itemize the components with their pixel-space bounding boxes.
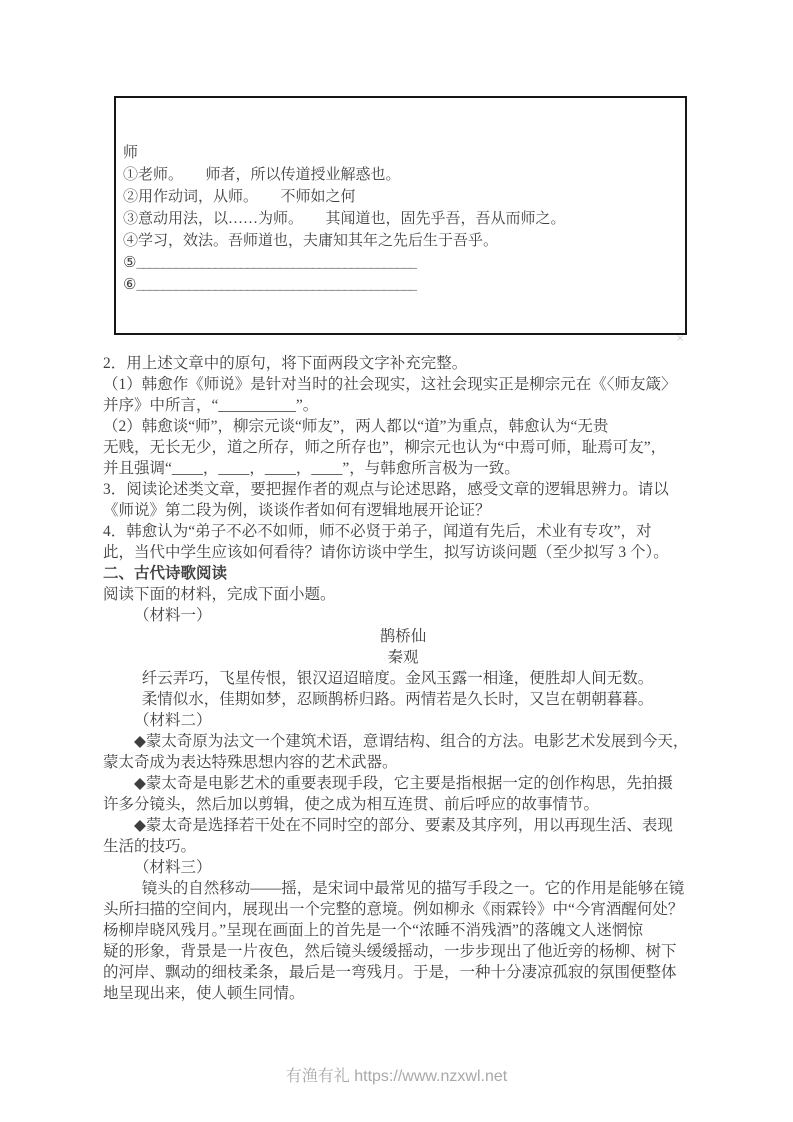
material-3-line1: 镜头的自然移动——摇，是宋词中最常见的描写手段之一。它的作用是能够在镜 (103, 878, 703, 899)
material-2-item3-line1: ◆蒙太奇是选择若干处在不同时空的部分、要素及其序列，用以再现生活、表现 (103, 815, 703, 836)
poem-author: 秦观 (103, 647, 703, 668)
worksheet-page: 师 ①老师。 师者，所以传道授业解惑也。 ②用作动词，从师。 不师如之何 ③意动… (0, 0, 793, 1122)
section-2-intro: 阅读下面的材料，完成下面小题。 (103, 584, 703, 605)
question-2-part1-line2: 并序》中所言，“__________”。 (103, 395, 703, 416)
blank-6-number: ⑥ (123, 277, 136, 293)
material-3-line3: 杨柳岸晓风残月。”呈现在画面上的首先是一个“浓睡不消残酒”的落魄文人迷惘惊 (103, 920, 703, 941)
material-2-item1-line1: ◆蒙太奇原为法文一个建筑术语，意谓结构、组合的方法。电影艺术发展到今天， (103, 731, 703, 752)
section-2-heading: 二、古代诗歌阅读 (103, 563, 703, 584)
footer-watermark: 有渔有礼 https://www.nzxwl.net (0, 1063, 793, 1086)
blank-6-rule: ________________________________________… (136, 277, 416, 293)
material-3-label: （材料三） (103, 857, 703, 878)
material-2-item2-line2: 许多分镜头，然后加以剪辑，使之成为相互连贯、前后呼应的故事情节。 (103, 794, 703, 815)
material-2-item3-line2: 生活的技巧。 (103, 836, 703, 857)
definition-sense-4: ④学习，效法。吾师道也，夫庸知其年之先后生于吾乎。 (123, 230, 679, 252)
material-2-item1-line2: 蒙太奇成为表达特殊思想内容的艺术武器。 (103, 752, 703, 773)
material-3-line2: 头所扫描的空间内，展现出一个完整的意境。例如柳永《雨霖铃》中“今宵酒醒何处？ (103, 899, 703, 920)
definition-box: 师 ①老师。 师者，所以传道授业解惑也。 ②用作动词，从师。 不师如之何 ③意动… (114, 96, 687, 335)
question-2-part2-line2: 无贱，无长无少，道之所存，师之所存也”，柳宗元也认为“中焉可师，耻焉可友”， (103, 437, 703, 458)
scan-artifact: × (676, 333, 684, 344)
material-2-label: （材料二） (103, 710, 703, 731)
question-2-part2-line3: 并且强调“____，____，____，____”，与韩愈所言极为一致。 (103, 458, 703, 479)
material-3-line4: 疑的形象，背景是一片夜色，然后镜头缓缓摇动，一步步现出了他近旁的杨柳、树下 (103, 941, 703, 962)
question-2-part1-line1: （1）韩愈作《师说》是针对当时的社会现实，这社会现实正是柳宗元在《〈师友箴〉 (103, 374, 703, 395)
question-4-line2: 此，当代中学生应该如何看待？请你访谈中学生，拟写访谈问题（至少拟写 3 个）。 (103, 542, 703, 563)
question-4-line1: 4．韩愈认为“弟子不必不如师，师不必贤于弟子，闻道有先后，术业有专攻”，对 (103, 521, 703, 542)
material-3-line5: 的河岸、飘动的细枝柔条，最后是一弯残月。于是，一种十分凄凉孤寂的氛围便整体 (103, 962, 703, 983)
material-1-label: （材料一） (103, 605, 703, 626)
poem-title: 鹊桥仙 (103, 626, 703, 647)
blank-5-number: ⑤ (123, 255, 136, 271)
blank-5-rule: ________________________________________… (136, 255, 416, 271)
question-2-part2-line1: （2）韩愈谈“师”，柳宗元谈“师友”，两人都以“道”为重点，韩愈认为“无贵 (103, 416, 703, 437)
definition-sense-3: ③意动用法，以……为师。 其闻道也，固先乎吾，吾从而师之。 (123, 208, 679, 230)
question-2-stem: 2．用上述文章中的原句，将下面两段文字补充完整。 (103, 353, 703, 374)
definition-sense-1: ①老师。 师者，所以传道授业解惑也。 (123, 164, 679, 186)
definition-blank-5: ⑤_______________________________________… (123, 252, 679, 274)
material-2-item2-line1: ◆蒙太奇是电影艺术的重要表现手段，它主要是指根据一定的创作构思，先拍摄 (103, 773, 703, 794)
definition-headword: 师 (123, 142, 679, 164)
poem-line-1: 纤云弄巧，飞星传恨，银汉迢迢暗度。金风玉露一相逢，便胜却人间无数。 (103, 668, 703, 689)
question-3-line1: 3．阅读论述类文章，要把握作者的观点与论述思路，感受文章的逻辑思辨力。请以 (103, 479, 703, 500)
material-3-line6: 地呈现出来，使人顿生同情。 (103, 983, 703, 1004)
poem-line-2: 柔情似水，佳期如梦，忍顾鹊桥归路。两情若是久长时，又岂在朝朝暮暮。 (103, 689, 703, 710)
definition-blank-6: ⑥_______________________________________… (123, 274, 679, 296)
definition-sense-2: ②用作动词，从师。 不师如之何 (123, 186, 679, 208)
worksheet-body: 2．用上述文章中的原句，将下面两段文字补充完整。 （1）韩愈作《师说》是针对当时… (103, 353, 703, 1004)
question-3-line2: 《师说》第二段为例，谈谈作者如何有逻辑地展开论证？ (103, 500, 703, 521)
